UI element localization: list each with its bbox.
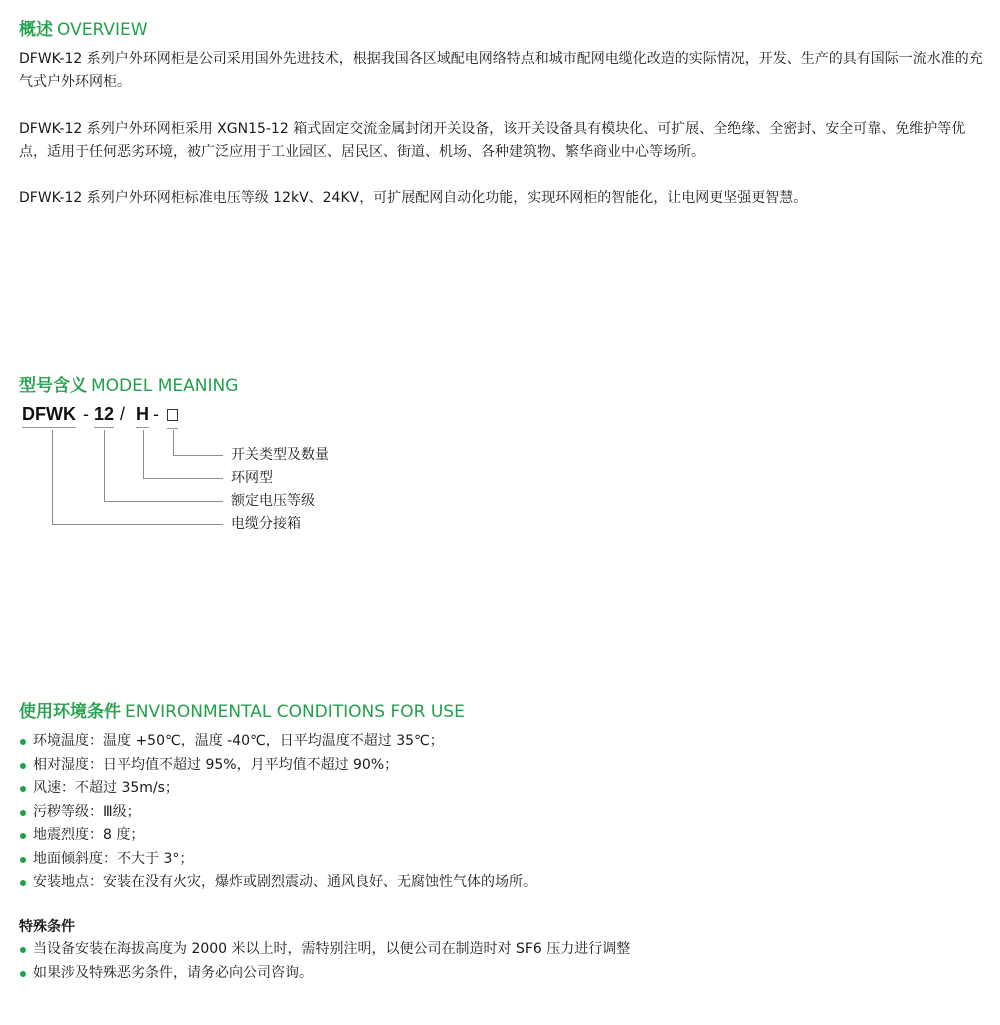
connector-vertical-switch: [173, 430, 174, 456]
model-code-separator-2: /: [120, 404, 125, 425]
model-code-type: H: [136, 404, 149, 428]
list-item: 地震烈度：8 度；: [19, 824, 537, 848]
bullet-icon: [20, 810, 26, 816]
overview-title-en: OVERVIEW: [57, 20, 148, 40]
list-item: 地面倾斜度：不大于 3°；: [19, 848, 537, 872]
overview-paragraph-2: DFWK-12 系列户外环网柜采用 XGN15-12 箱式固定交流金属封闭开关设…: [19, 118, 985, 164]
model-code-series: DFWK: [22, 404, 76, 428]
overview-title-cn: 概述: [19, 20, 53, 40]
connector-horizontal-switch: [173, 455, 223, 456]
bullet-icon: [20, 971, 26, 977]
list-item: 污秽等级：Ⅲ级；: [19, 801, 537, 825]
list-item: 如果涉及特殊恶劣条件，请务必向公司咨询。: [19, 962, 630, 986]
connector-vertical-voltage: [104, 430, 105, 502]
bullet-icon: [20, 880, 26, 886]
connector-horizontal-type: [143, 478, 223, 479]
bullet-icon: [20, 786, 26, 792]
list-item: 风速：不超过 35m/s；: [19, 777, 537, 801]
environment-list: 环境温度：温度 +50℃，温度 -40℃，日平均温度不超过 35℃； 相对湿度：…: [19, 730, 537, 895]
connector-horizontal-voltage: [104, 501, 223, 502]
special-conditions-heading: 特殊条件: [19, 916, 75, 936]
model-code-separator-3: -: [153, 404, 159, 425]
label-cable-branch-box: 电缆分接箱: [231, 515, 301, 533]
bullet-icon: [20, 947, 26, 953]
environment-title-cn: 使用环境条件: [19, 702, 121, 722]
overview-paragraph-3: DFWK-12 系列户外环网柜标准电压等级 12kV、24KV，可扩展配网自动化…: [19, 187, 985, 210]
overview-paragraph-1: DFWK-12 系列户外环网柜是公司采用国外先进技术，根据我国各区域配电网络特点…: [19, 48, 985, 94]
list-item: 环境温度：温度 +50℃，温度 -40℃，日平均温度不超过 35℃；: [19, 730, 537, 754]
model-code-separator-1: -: [83, 404, 89, 425]
list-item: 安装地点：安装在没有火灾，爆炸或剧烈震动、通风良好、无腐蚀性气体的场所。: [19, 871, 537, 895]
model-code-voltage: 12: [94, 404, 114, 428]
model-code-switch-placeholder: [167, 404, 178, 429]
environment-heading: 使用环境条件ENVIRONMENTAL CONDITIONS FOR USE: [19, 697, 465, 722]
list-item: 当设备安装在海拔高度为 2000 米以上时，需特别注明，以便公司在制造时对 SF…: [19, 938, 630, 962]
overview-heading: 概述OVERVIEW: [19, 15, 148, 40]
environment-title-en: ENVIRONMENTAL CONDITIONS FOR USE: [125, 702, 465, 722]
special-conditions-list: 当设备安装在海拔高度为 2000 米以上时，需特别注明，以便公司在制造时对 SF…: [19, 938, 630, 985]
label-switch-type-quantity: 开关类型及数量: [231, 446, 329, 464]
connector-vertical-type: [143, 430, 144, 479]
connector-vertical-series: [52, 430, 53, 525]
connector-horizontal-series: [52, 524, 223, 525]
bullet-icon: [20, 857, 26, 863]
label-rated-voltage: 额定电压等级: [231, 492, 315, 510]
bullet-icon: [20, 763, 26, 769]
list-item: 相对湿度：日平均值不超过 95%，月平均值不超过 90%；: [19, 754, 537, 778]
empty-box-icon: [167, 409, 178, 421]
label-ring-type: 环网型: [231, 469, 273, 487]
model-meaning-title-cn: 型号含义: [19, 376, 87, 396]
model-meaning-heading: 型号含义MODEL MEANING: [19, 371, 238, 396]
model-meaning-title-en: MODEL MEANING: [91, 376, 238, 396]
bullet-icon: [20, 833, 26, 839]
bullet-icon: [20, 739, 26, 745]
